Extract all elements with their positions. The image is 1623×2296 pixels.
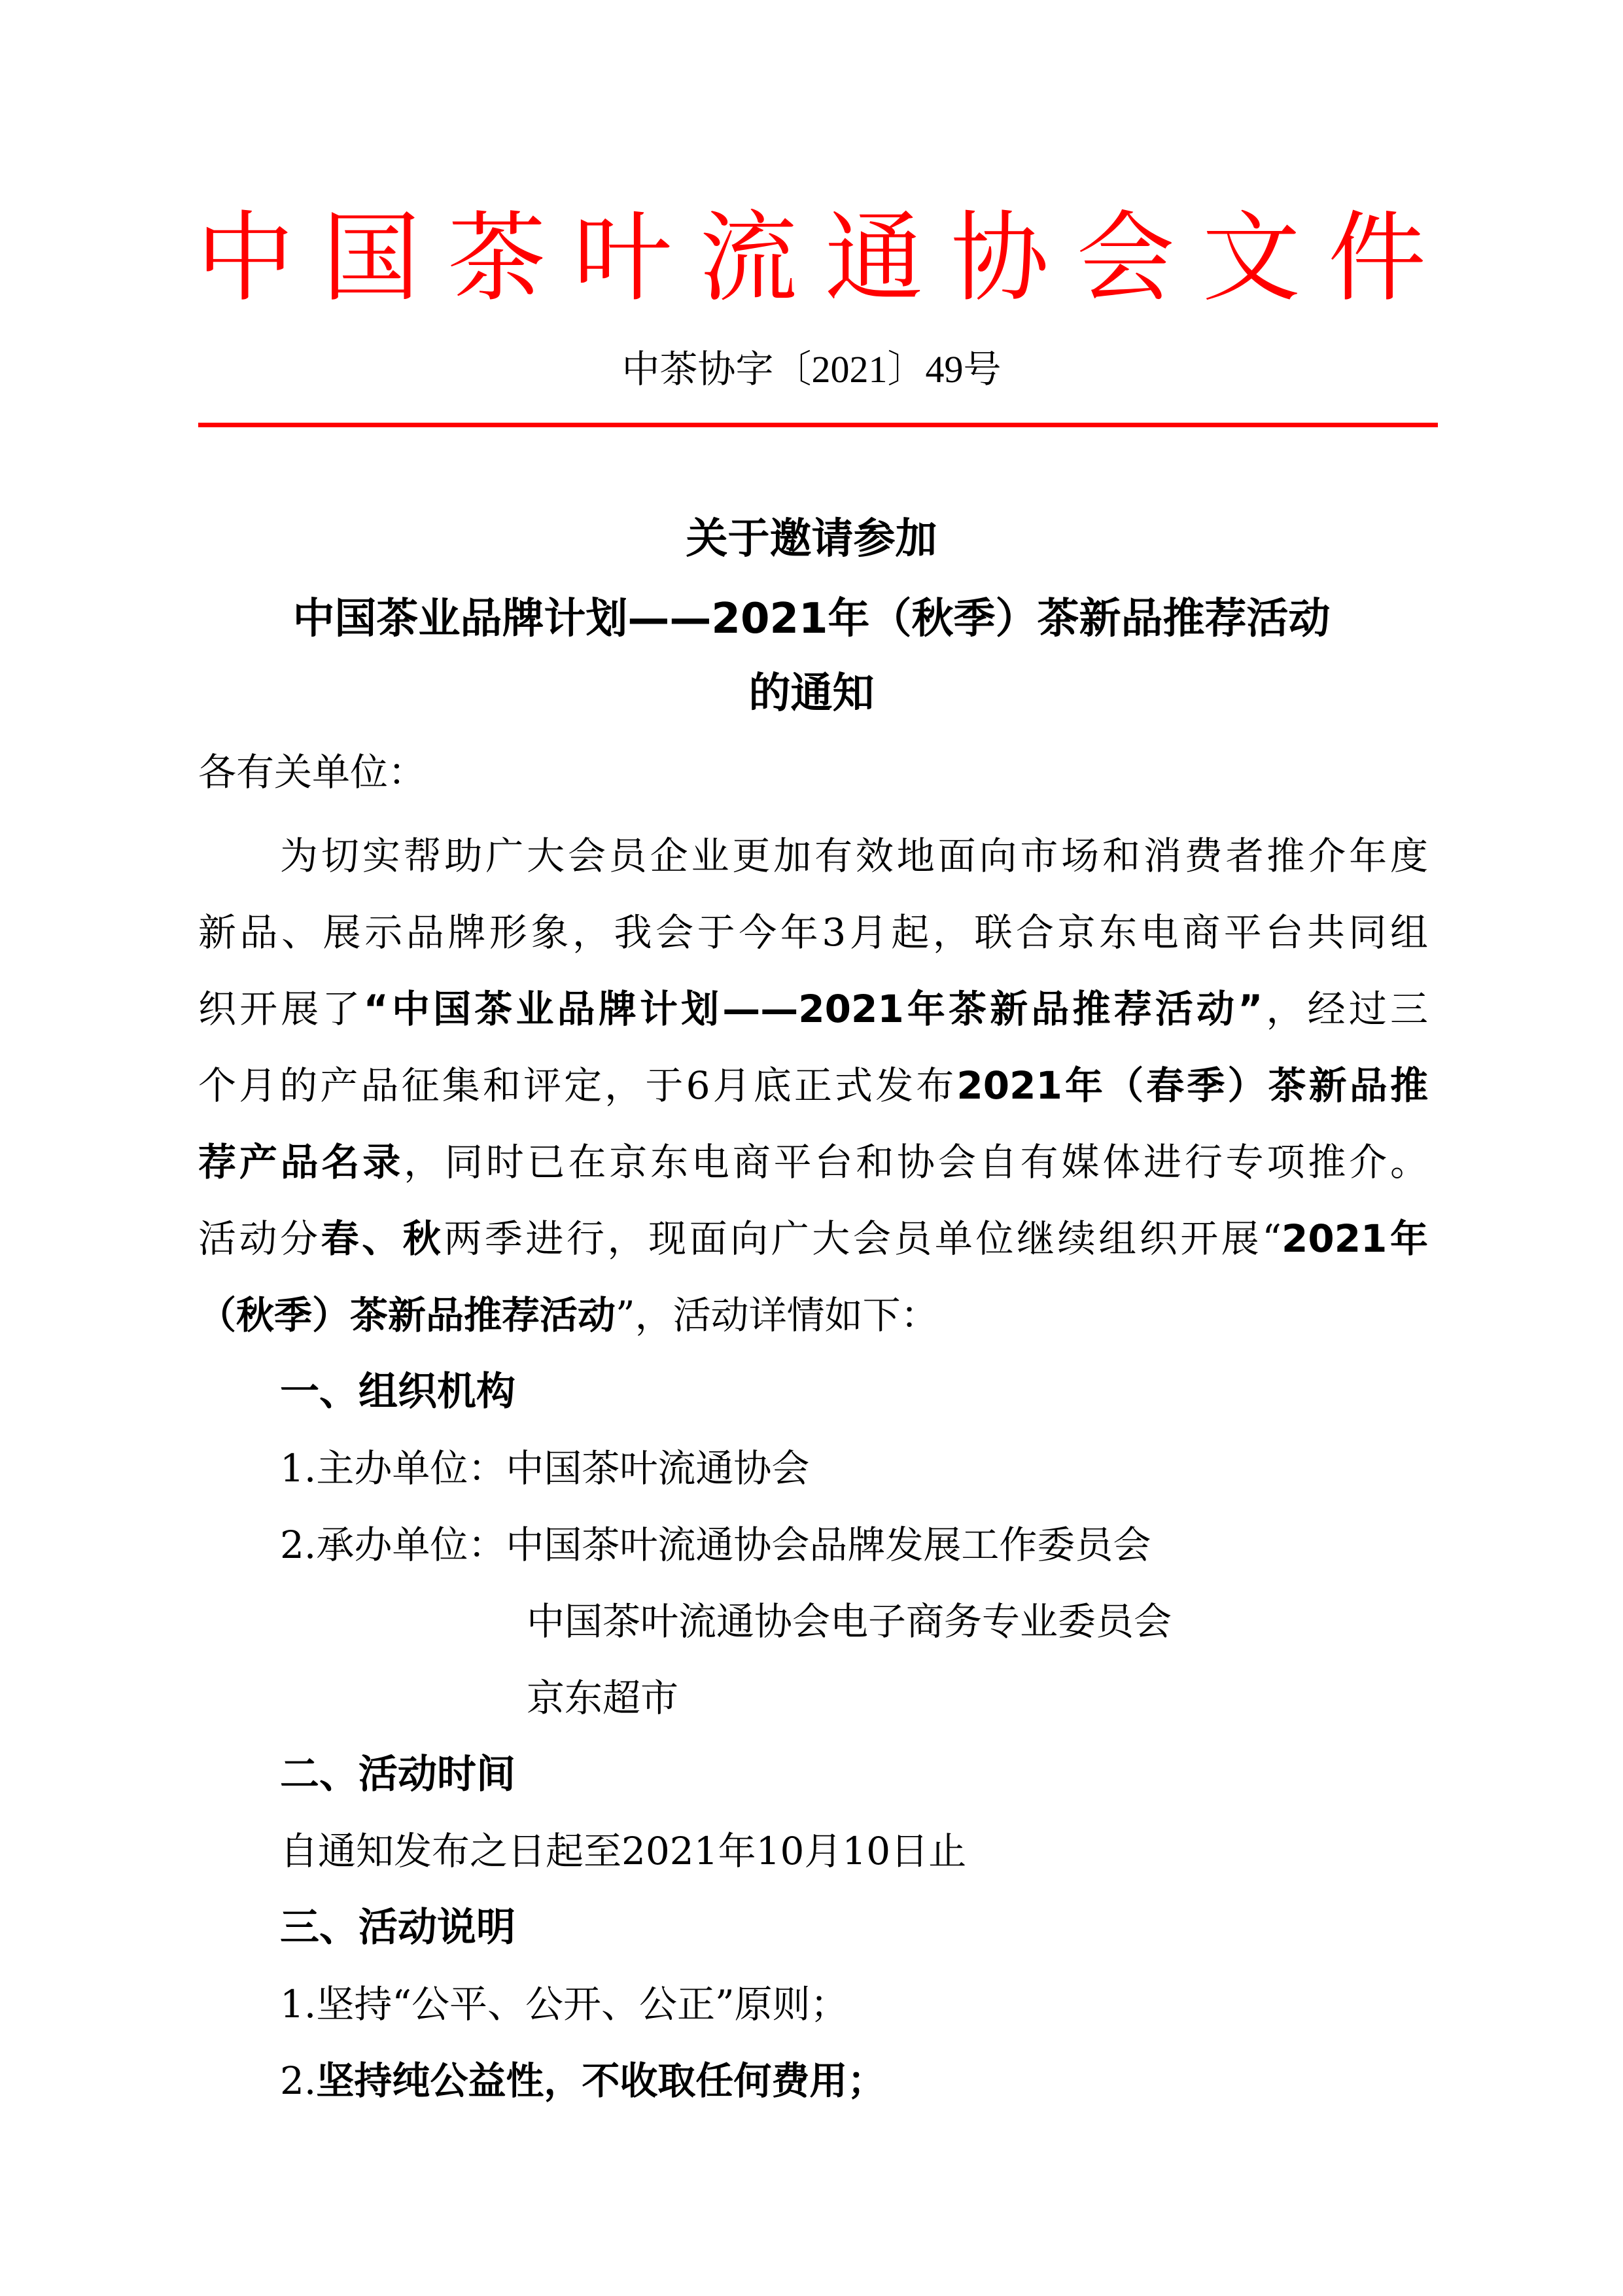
section-heading-description: 三、活动说明: [280, 1890, 515, 1966]
organizer-name: 中国茶叶流通协会品牌发展工作委员会: [506, 1523, 1151, 1567]
paragraph-line: 新品、展示品牌形象，我会于今年3月起，联合京东电商平台共同组: [198, 894, 1428, 971]
bold-year: 2021年: [1282, 1216, 1428, 1261]
paragraph-text: 为切实帮助广大会员企业更加有效地面向市场和消费者推介年度: [280, 834, 1428, 878]
bold-autumn-activity: （秋季）茶新品推荐活动: [198, 1293, 616, 1337]
letterhead-char: 协: [951, 196, 1049, 321]
notice-title-line-2: 中国茶业品牌计划——2021年（秋季）茶新品推荐活动: [0, 586, 1623, 652]
organizer-unit: 2.承办单位：中国茶叶流通协会品牌发展工作委员会: [280, 1507, 1510, 1583]
organizer-name: 京东超市: [527, 1660, 1623, 1737]
section-heading-organization: 一、组织机构: [280, 1354, 515, 1430]
paragraph-line: 为切实帮助广大会员企业更加有效地面向市场和消费者推介年度: [280, 818, 1428, 894]
letterhead-char: 国: [322, 196, 420, 321]
bold-product-list: 荐产品名录: [198, 1140, 404, 1184]
paragraph-text: 个月的产品征集和评定，于6月底正式发布: [198, 1063, 956, 1108]
letterhead-char: 件: [1328, 196, 1426, 321]
letterhead-char: 中: [196, 196, 294, 321]
section-heading-time: 二、活动时间: [280, 1737, 515, 1813]
paragraph-text: 活动分: [198, 1216, 321, 1261]
paragraph-text: 两季进行，现面向广大会员单位继续组织开展“: [444, 1216, 1282, 1261]
document-number: 中茶协字〔2021〕49号: [0, 344, 1623, 396]
letterhead-char: 流: [699, 196, 797, 321]
letterhead-char: 茶: [447, 196, 546, 321]
host-unit: 1.主办单位：中国茶叶流通协会: [280, 1430, 1510, 1507]
letterhead-char: 文: [1202, 196, 1300, 321]
rule-item-text-bold: 坚持纯公益性，不收取任何费用；: [316, 2058, 885, 2103]
paragraph-line: 个月的产品征集和评定，于6月底正式发布2021年（春季）茶新品推: [198, 1048, 1428, 1124]
paragraph-line: 荐产品名录，同时已在京东电商平台和协会自有媒体进行专项推介。: [198, 1124, 1428, 1201]
paragraph-text: ”，活动详情如下：: [616, 1293, 939, 1337]
paragraph-text: 织开展了: [198, 987, 364, 1031]
rule-item-1: 1.坚持“公平、公开、公正”原则；: [280, 1966, 1510, 2043]
paragraph-line: 活动分春、秋两季进行，现面向广大会员单位继续组织开展“2021年: [198, 1201, 1428, 1277]
paragraph-text: 新品、展示品牌形象，我会于今年3月起，联合京东电商平台共同组: [198, 910, 1428, 955]
bold-spring-list: 2021年（春季）茶新品推: [956, 1063, 1428, 1108]
rule-item-number: 2.: [280, 2058, 316, 2103]
notice-title-line-1: 关于邀请参加: [0, 506, 1623, 572]
salutation: 各有关单位：: [198, 734, 1428, 811]
letterhead-char: 通: [825, 196, 923, 321]
letterhead-char: 会: [1077, 196, 1175, 321]
paragraph-line: （秋季）茶新品推荐活动”，活动详情如下：: [198, 1277, 1428, 1354]
document-page: 中 国 茶 叶 流 通 协 会 文 件 中茶协字〔2021〕49号 关于邀请参加…: [0, 0, 1623, 2296]
activity-period: 自通知发布之日起至2021年10月10日止: [280, 1813, 1510, 1890]
bold-seasons: 春、秋: [321, 1216, 444, 1261]
red-letterhead-title: 中 国 茶 叶 流 通 协 会 文 件: [196, 196, 1426, 321]
paragraph-text: ，经过三: [1263, 987, 1428, 1031]
organizer-name: 中国茶叶流通协会电子商务专业委员会: [527, 1583, 1623, 1660]
paragraph-line: 织开展了“中国茶业品牌计划——2021年茶新品推荐活动”，经过三: [198, 971, 1428, 1048]
red-divider-line: [198, 423, 1438, 427]
paragraph-text: ，同时已在京东电商平台和协会自有媒体进行专项推介。: [404, 1140, 1428, 1184]
notice-title-line-3: 的通知: [0, 661, 1623, 726]
bold-activity-name: “中国茶业品牌计划——2021年茶新品推荐活动”: [364, 987, 1263, 1031]
rule-item-2: 2.坚持纯公益性，不收取任何费用；: [280, 2043, 1510, 2119]
organizer-label: 2.承办单位：: [280, 1523, 506, 1567]
letterhead-char: 叶: [574, 196, 672, 321]
